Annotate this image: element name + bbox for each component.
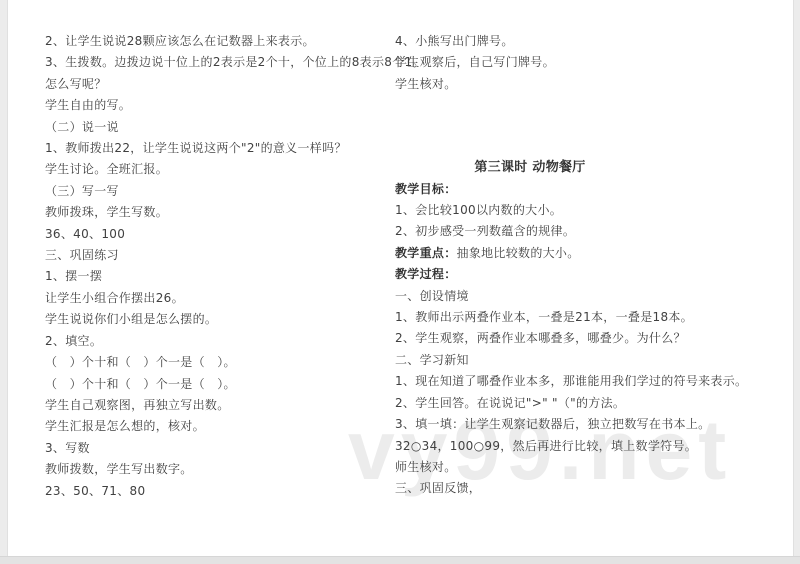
- page-edge-left: [0, 0, 8, 564]
- section-title: 第三课时 动物餐厅: [395, 157, 665, 178]
- text-line: 学生观察后，自己写门牌号。: [395, 52, 775, 73]
- page-edge-right: [793, 0, 800, 564]
- text-line: 1、教师拨出22，让学生说说这两个"2"的意义一样吗？: [45, 138, 390, 159]
- text-line: 32○34，100○99，然后再进行比较，填上数学符号。: [395, 436, 775, 457]
- left-column: 2、让学生说说28颗应该怎么在记数器上来表示。 3、生拨数。边拨边说十位上的2表…: [45, 31, 390, 502]
- text-line: 2、让学生说说28颗应该怎么在记数器上来表示。: [45, 31, 390, 52]
- text-line: 23、50、71、80: [45, 481, 390, 502]
- text-line: 学生讨论。全班汇报。: [45, 159, 390, 180]
- text-line: （二）说一说: [45, 117, 390, 138]
- text-line: 2、学生回答。在说说记">" "（"的方法。: [395, 393, 775, 414]
- text-line: 1、现在知道了哪叠作业本多，那谁能用我们学过的符号来表示。: [395, 371, 775, 392]
- text-line: 学生自由的写。: [45, 95, 390, 116]
- text-line: 教学目标：: [395, 179, 775, 200]
- text-line: 2、学生观察，两叠作业本哪叠多，哪叠少。为什么？: [395, 328, 775, 349]
- text-line: 2、填空。: [45, 331, 390, 352]
- text-line: 师生核对。: [395, 457, 775, 478]
- text-line: 二、学习新知: [395, 350, 775, 371]
- text-line: 教学重点：抽象地比较数的大小。: [395, 243, 775, 264]
- text-line: 三、巩固反馈，: [395, 478, 775, 499]
- text-line: 2、初步感受一列数蕴含的规律。: [395, 221, 775, 242]
- text-line: 1、会比较100以内数的大小。: [395, 200, 775, 221]
- text-line: （三）写一写: [45, 181, 390, 202]
- text-line: 学生自己观察图，再独立写出数。: [45, 395, 390, 416]
- text-line: 3、写数: [45, 438, 390, 459]
- blank-space: [395, 95, 775, 157]
- text-line: 1、摆一摆: [45, 266, 390, 287]
- text-line: 3、填一填：让学生观察记数器后，独立把数写在书本上。: [395, 414, 775, 435]
- page-edge-bottom: [0, 556, 800, 564]
- text-line: 教师拨珠，学生写数。: [45, 202, 390, 223]
- text-line: 教学过程：: [395, 264, 775, 285]
- text-line: 1、教师出示两叠作业本，一叠是21本，一叠是18本。: [395, 307, 775, 328]
- right-column: 4、小熊写出门牌号。 学生观察后，自己写门牌号。 学生核对。 第三课时 动物餐厅…: [395, 31, 775, 500]
- text-line: 36、40、100: [45, 224, 390, 245]
- text-line: 让学生小组合作摆出26。: [45, 288, 390, 309]
- text-line: 3、生拨数。边拨边说十位上的2表示是2个十，个位上的8表示8个1。: [45, 52, 390, 73]
- text-line: 4、小熊写出门牌号。: [395, 31, 775, 52]
- text-line: 教师拨数，学生写出数字。: [45, 459, 390, 480]
- text-line: 怎么写呢？: [45, 74, 390, 95]
- text-line: 学生汇报是怎么想的，核对。: [45, 416, 390, 437]
- text-line: （ ）个十和（ ）个一是（ ）。: [45, 374, 390, 395]
- text-line: 三、巩固练习: [45, 245, 390, 266]
- text-line: 学生说说你们小组是怎么摆的。: [45, 309, 390, 330]
- text-line: 学生核对。: [395, 74, 775, 95]
- text-line: （ ）个十和（ ）个一是（ ）。: [45, 352, 390, 373]
- text-line: 一、创设情境: [395, 286, 775, 307]
